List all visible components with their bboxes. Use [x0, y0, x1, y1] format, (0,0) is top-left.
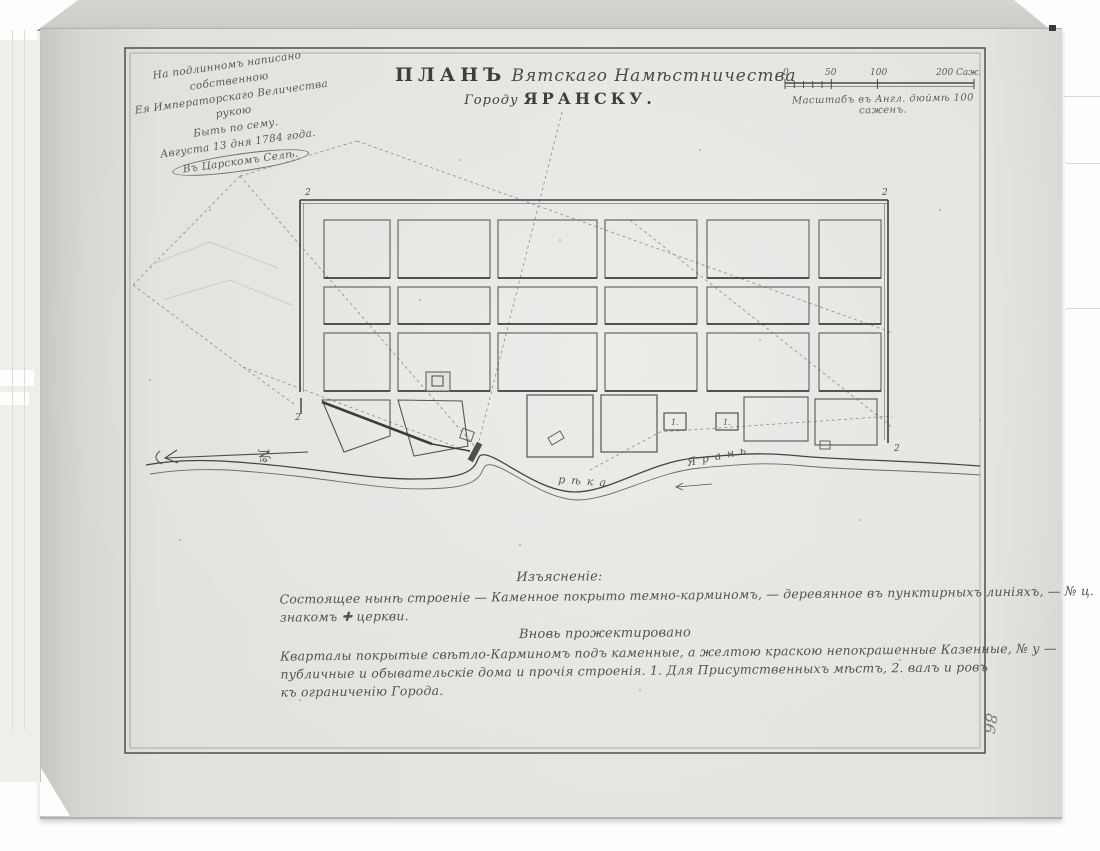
title-city-prefix: Городу	[464, 93, 518, 108]
scale-tick-label: 50	[825, 68, 836, 78]
scale-tick-label: 200 Саж.	[936, 68, 981, 78]
scale-bar-ruler	[778, 79, 988, 91]
scale-bar-caption: Масштабъ въ Англ. дюймѣ 100 саженъ.	[778, 92, 988, 118]
left-page-stack-edge	[0, 40, 41, 782]
previous-page-top-edge	[36, 0, 1060, 31]
title-governorate: Вятскаго Намѣстничества	[511, 66, 796, 86]
left-edge-tab	[0, 370, 34, 386]
title-word-plan: ПЛАНЪ	[395, 64, 506, 86]
map-title: ПЛАНЪ Вятскаго Намѣстничества Городу ЯРА…	[395, 64, 725, 108]
legend: Изъясненіе: Состоящее нынѣ строеніе — Ка…	[279, 564, 970, 702]
title-city-name: ЯРАНСКУ.	[524, 89, 656, 108]
page-stack-line	[24, 30, 25, 730]
scale-tick-label: 100	[870, 68, 887, 78]
binding-mark	[1049, 25, 1056, 31]
scale-bar-tick-labels: 0 50 100 200 Саж.	[778, 68, 988, 79]
page-number: 86	[979, 712, 1001, 735]
scale-bar: 0 50 100 200 Саж. Масштабъ въ Англ. дюйм…	[778, 68, 988, 116]
page-stack-line	[12, 30, 13, 730]
scale-tick-label: 0	[783, 68, 789, 78]
